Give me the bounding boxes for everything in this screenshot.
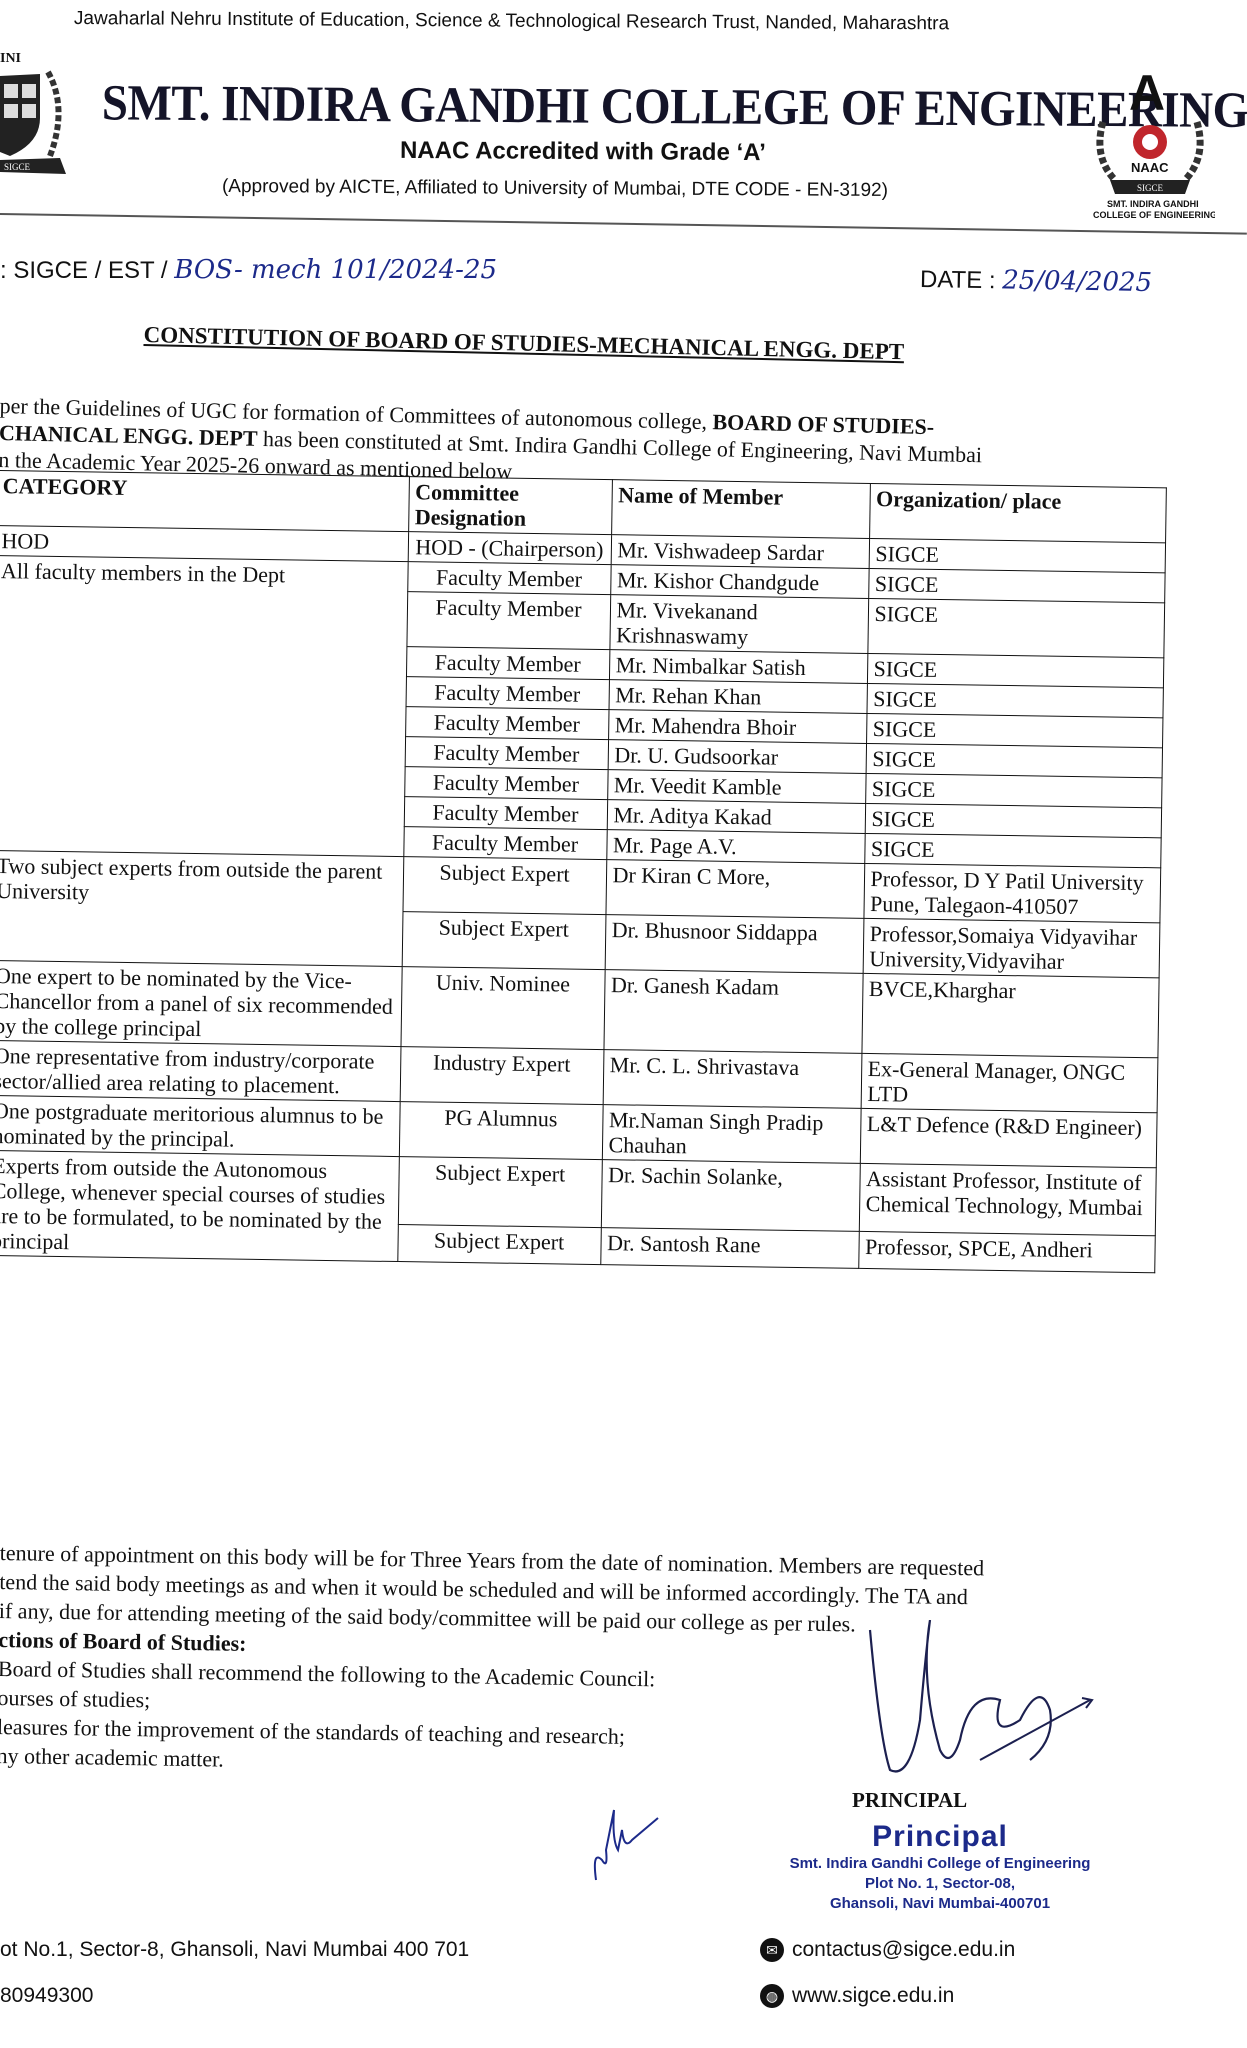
naac-grade-logo: A NAAC SIGCE SMT. INDIRA GANDHI COLLEGE …: [1085, 62, 1215, 222]
stamp-line: Plot No. 1, Sector-08,: [770, 1874, 1110, 1894]
initials-signature: [588, 1800, 688, 1890]
svg-text:SMT. INDIRA GANDHI: SMT. INDIRA GANDHI: [1107, 199, 1199, 209]
designation-cell: PG Alumnus: [399, 1102, 603, 1160]
svg-text:COLLEGE OF ENGINEERING: COLLEGE OF ENGINEERING: [1093, 210, 1215, 220]
member-name-cell: Mr. Vivekanand Krishnaswamy: [609, 595, 868, 654]
organization-cell: SIGCE: [865, 803, 1161, 837]
organization-cell: L&T Defence (R&D Engineer): [860, 1108, 1157, 1167]
designation-cell: Subject Expert: [398, 1157, 602, 1228]
member-name-cell: Mr. Rehan Khan: [609, 680, 867, 714]
website-link[interactable]: www.sigce.edu.in: [792, 1984, 954, 2008]
organization-cell: SIGCE: [867, 598, 1164, 657]
member-name-cell: Dr. Sachin Solanke,: [601, 1160, 860, 1232]
date-label: DATE :: [920, 266, 1003, 294]
designation-cell: Univ. Nominee: [400, 967, 604, 1050]
organization-cell: BVCE,Kharghar: [861, 973, 1158, 1057]
organization-cell: SIGCE: [864, 833, 1160, 867]
organization-cell: Assistant Professor, Institute of Chemic…: [859, 1163, 1156, 1235]
member-name-cell: Mr. Nimbalkar Satish: [609, 650, 867, 684]
organization-cell: SIGCE: [865, 773, 1161, 807]
member-name-cell: Dr Kiran C More,: [605, 860, 864, 919]
member-name-cell: Mr. Vishwadeep Sardar: [611, 535, 869, 569]
designation-cell: Faculty Member: [404, 767, 607, 800]
college-name: SMT. INDIRA GANDHI COLLEGE OF ENGINEERIN…: [102, 74, 1247, 140]
category-cell: One representative from industry/corpora…: [0, 1040, 400, 1101]
college-crest-logo: INI SIGCE: [0, 48, 80, 178]
header-divider: [0, 213, 1247, 235]
organization-cell: Ex-General Manager, ONGC LTD: [861, 1053, 1158, 1112]
header-name: Name of Member: [611, 480, 870, 539]
footer-website: ◍ www.sigce.edu.in: [760, 1984, 954, 2008]
handwritten-reference: BOS- mech 101/2024-25: [174, 255, 497, 285]
header-category: CATEGORY: [0, 471, 409, 532]
organization-cell: SIGCE: [867, 653, 1163, 687]
approval-text: (Approved by AICTE, Affiliated to Univer…: [222, 176, 888, 202]
member-name-cell: Dr. Ganesh Kadam: [603, 970, 862, 1054]
svg-text:NAAC: NAAC: [1131, 160, 1169, 175]
svg-text:INI: INI: [0, 51, 21, 66]
category-cell: One postgraduate meritorious alumnus to …: [0, 1095, 400, 1156]
board-members-table-wrapper: CATEGORY Committee Designation Name of M…: [0, 470, 1166, 1273]
member-name-cell: Mr. Page A.V.: [606, 830, 864, 864]
category-cell: One expert to be nominated by the Vice-C…: [0, 960, 402, 1046]
member-name-cell: Dr. Santosh Rane: [600, 1227, 859, 1268]
header-designation: Committee Designation: [408, 477, 612, 535]
footer-email: ✉ contactus@sigce.edu.in: [760, 1938, 1015, 1962]
svg-text:SIGCE: SIGCE: [4, 162, 31, 172]
designation-cell: Faculty Member: [405, 707, 608, 740]
principal-designation: PRINCIPAL: [852, 1788, 967, 1813]
intro-bold: BOARD OF STUDIES-: [712, 409, 934, 439]
organization-cell: SIGCE: [868, 568, 1164, 602]
stamp-line: Smt. Indira Gandhi College of Engineerin…: [770, 1854, 1110, 1874]
footer-phone: 80949300: [0, 1984, 93, 2008]
footer-address: ot No.1, Sector-8, Ghansoli, Navi Mumbai…: [0, 1938, 469, 1962]
designation-cell: Faculty Member: [404, 797, 607, 830]
organization-cell: Professor,Somaiya Vidyavihar University,…: [863, 918, 1160, 977]
category-cell: Experts from outside the Autonomous Coll…: [0, 1150, 399, 1261]
designation-cell: Faculty Member: [406, 647, 609, 680]
email-link[interactable]: contactus@sigce.edu.in: [792, 1938, 1015, 1962]
stamp-title: Principal: [770, 1820, 1110, 1854]
designation-cell: Industry Expert: [400, 1047, 604, 1105]
organization-cell: Professor, D Y Patil University Pune, Ta…: [863, 863, 1160, 922]
board-members-table: CATEGORY Committee Designation Name of M…: [0, 470, 1166, 1273]
organization-cell: SIGCE: [866, 713, 1162, 747]
designation-cell: Subject Expert: [402, 912, 606, 970]
designation-cell: Faculty Member: [406, 677, 609, 710]
designation-cell: Faculty Member: [403, 827, 606, 860]
header-organization: Organization/ place: [869, 483, 1166, 542]
category-cell: Two subject experts from outside the par…: [0, 850, 403, 966]
envelope-icon: ✉: [760, 1938, 784, 1962]
organization-cell: SIGCE: [869, 538, 1165, 572]
document-title: CONSTITUTION OF BOARD OF STUDIES-MECHANI…: [143, 322, 904, 365]
organization-cell: SIGCE: [866, 683, 1162, 717]
reference-prefix: : SIGCE / EST /: [0, 257, 174, 284]
member-name-cell: Mr. Kishor Chandgude: [610, 565, 868, 599]
organization-cell: SIGCE: [866, 743, 1162, 777]
reference-number: : SIGCE / EST / BOS- mech 101/2024-25: [0, 255, 497, 285]
member-name-cell: Mr. C. L. Shrivastava: [603, 1050, 862, 1109]
table-body: HODHOD - (Chairperson)Mr. Vishwadeep Sar…: [0, 526, 1165, 1273]
member-name-cell: Dr. Bhusnoor Siddappa: [605, 915, 864, 974]
designation-cell: Faculty Member: [405, 737, 608, 770]
member-name-cell: Mr.Naman Singh Pradip Chauhan: [602, 1105, 861, 1164]
trust-name: Jawaharlal Nehru Institute of Education,…: [74, 8, 949, 35]
designation-cell: Faculty Member: [406, 592, 610, 650]
member-name-cell: Mr. Aditya Kakad: [607, 800, 865, 834]
stamp-line: Ghansoli, Navi Mumbai-400701: [770, 1894, 1110, 1914]
designation-cell: Subject Expert: [397, 1224, 601, 1264]
designation-cell: Subject Expert: [402, 857, 606, 915]
principal-signature: [850, 1620, 1120, 1780]
member-name-cell: Mr. Mahendra Bhoir: [608, 710, 866, 744]
category-cell: All faculty members in the Dept: [0, 555, 408, 856]
member-name-cell: Mr. Veedit Kamble: [607, 770, 865, 804]
document-date: DATE : 25/04/2025: [920, 264, 1153, 298]
member-name-cell: Dr. U. Gudsoorkar: [608, 740, 866, 774]
svg-text:A: A: [1129, 65, 1165, 121]
handwritten-date: 25/04/2025: [1002, 265, 1152, 298]
globe-icon: ◍: [760, 1984, 784, 2008]
organization-cell: Professor, SPCE, Andheri: [858, 1231, 1155, 1272]
designation-cell: Faculty Member: [407, 562, 610, 595]
svg-text:SIGCE: SIGCE: [1137, 183, 1164, 193]
accreditation: NAAC Accredited with Grade ‘A’: [400, 137, 766, 167]
principal-stamp: Principal Smt. Indira Gandhi College of …: [770, 1820, 1110, 1914]
designation-cell: HOD - (Chairperson): [408, 532, 611, 565]
